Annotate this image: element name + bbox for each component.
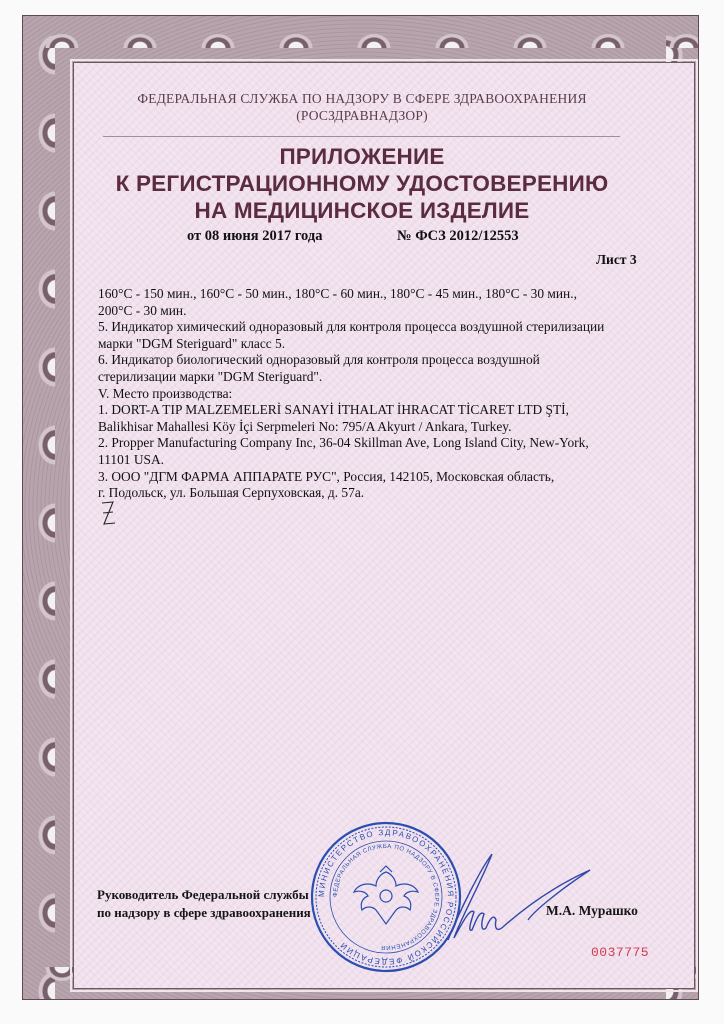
signer-title-line2: по надзору в сфере здравоохранения bbox=[97, 904, 311, 922]
body-line: 2. Propper Manufacturing Company Inc, 36… bbox=[98, 435, 658, 452]
signature bbox=[440, 850, 600, 950]
signer-title: Руководитель Федеральной службы по надзо… bbox=[97, 886, 311, 921]
svg-text:ФЕДЕРАЛЬНАЯ СЛУЖБА ПО НАДЗОРУ: ФЕДЕРАЛЬНАЯ СЛУЖБА ПО НАДЗОРУ В СФЕРЕ ЗД… bbox=[333, 844, 439, 950]
body-line: V. Место производства: bbox=[98, 386, 658, 403]
document-title: ПРИЛОЖЕНИЕ bbox=[0, 144, 724, 170]
body-line: 5. Индикатор химический одноразовый для … bbox=[98, 319, 658, 336]
body-line: 1. DORT-A TIP MALZEMELERİ SANAYİ İTHALAT… bbox=[98, 402, 658, 419]
signer-name: М.А. Мурашко bbox=[546, 903, 638, 919]
signer-title-line1: Руководитель Федеральной службы bbox=[97, 886, 311, 904]
serial-number: 0037775 bbox=[591, 945, 649, 960]
body-line: марки "DGM Steriguard" класс 5. bbox=[98, 336, 658, 353]
body-line: стерилизации марки "DGM Steriguard". bbox=[98, 369, 658, 386]
header-divider bbox=[103, 136, 620, 137]
body-line: г. Подольск, ул. Большая Серпуховская, д… bbox=[98, 485, 658, 502]
body-line: 200°C - 30 мин. bbox=[98, 303, 658, 320]
issue-date: от 08 июня 2017 года bbox=[187, 228, 322, 245]
double-headed-eagle-icon bbox=[354, 866, 418, 924]
sheet-number: Лист 3 bbox=[596, 252, 637, 268]
handwritten-z-mark bbox=[100, 500, 116, 526]
body-line: 6. Индикатор биологический одноразовый д… bbox=[98, 352, 658, 369]
agency-abbreviation: (РОСЗДРАВНАДЗОР) bbox=[0, 108, 724, 124]
certificate-number: № ФСЗ 2012/12553 bbox=[397, 228, 519, 245]
body-line: Balikhisar Mahallesi Köy İçi Serpmeleri … bbox=[98, 419, 658, 436]
body-line: 11101 USA. bbox=[98, 452, 658, 469]
document-subtitle-2: НА МЕДИЦИНСКОЕ ИЗДЕЛИЕ bbox=[0, 198, 724, 224]
body-line: 3. ООО "ДГМ ФАРМА АППАРАТЕ РУС", Россия,… bbox=[98, 469, 658, 486]
document-body: 160°C - 150 мин., 160°C - 50 мин., 180°C… bbox=[98, 286, 658, 502]
body-line: 160°C - 150 мин., 160°C - 50 мин., 180°C… bbox=[98, 286, 658, 303]
agency-name: ФЕДЕРАЛЬНАЯ СЛУЖБА ПО НАДЗОРУ В СФЕРЕ ЗД… bbox=[0, 91, 724, 107]
document-subtitle: К РЕГИСТРАЦИОННОМУ УДОСТОВЕРЕНИЮ bbox=[0, 171, 724, 197]
stamp-inner-text: ФЕДЕРАЛЬНАЯ СЛУЖБА ПО НАДЗОРУ В СФЕРЕ ЗД… bbox=[333, 844, 439, 950]
